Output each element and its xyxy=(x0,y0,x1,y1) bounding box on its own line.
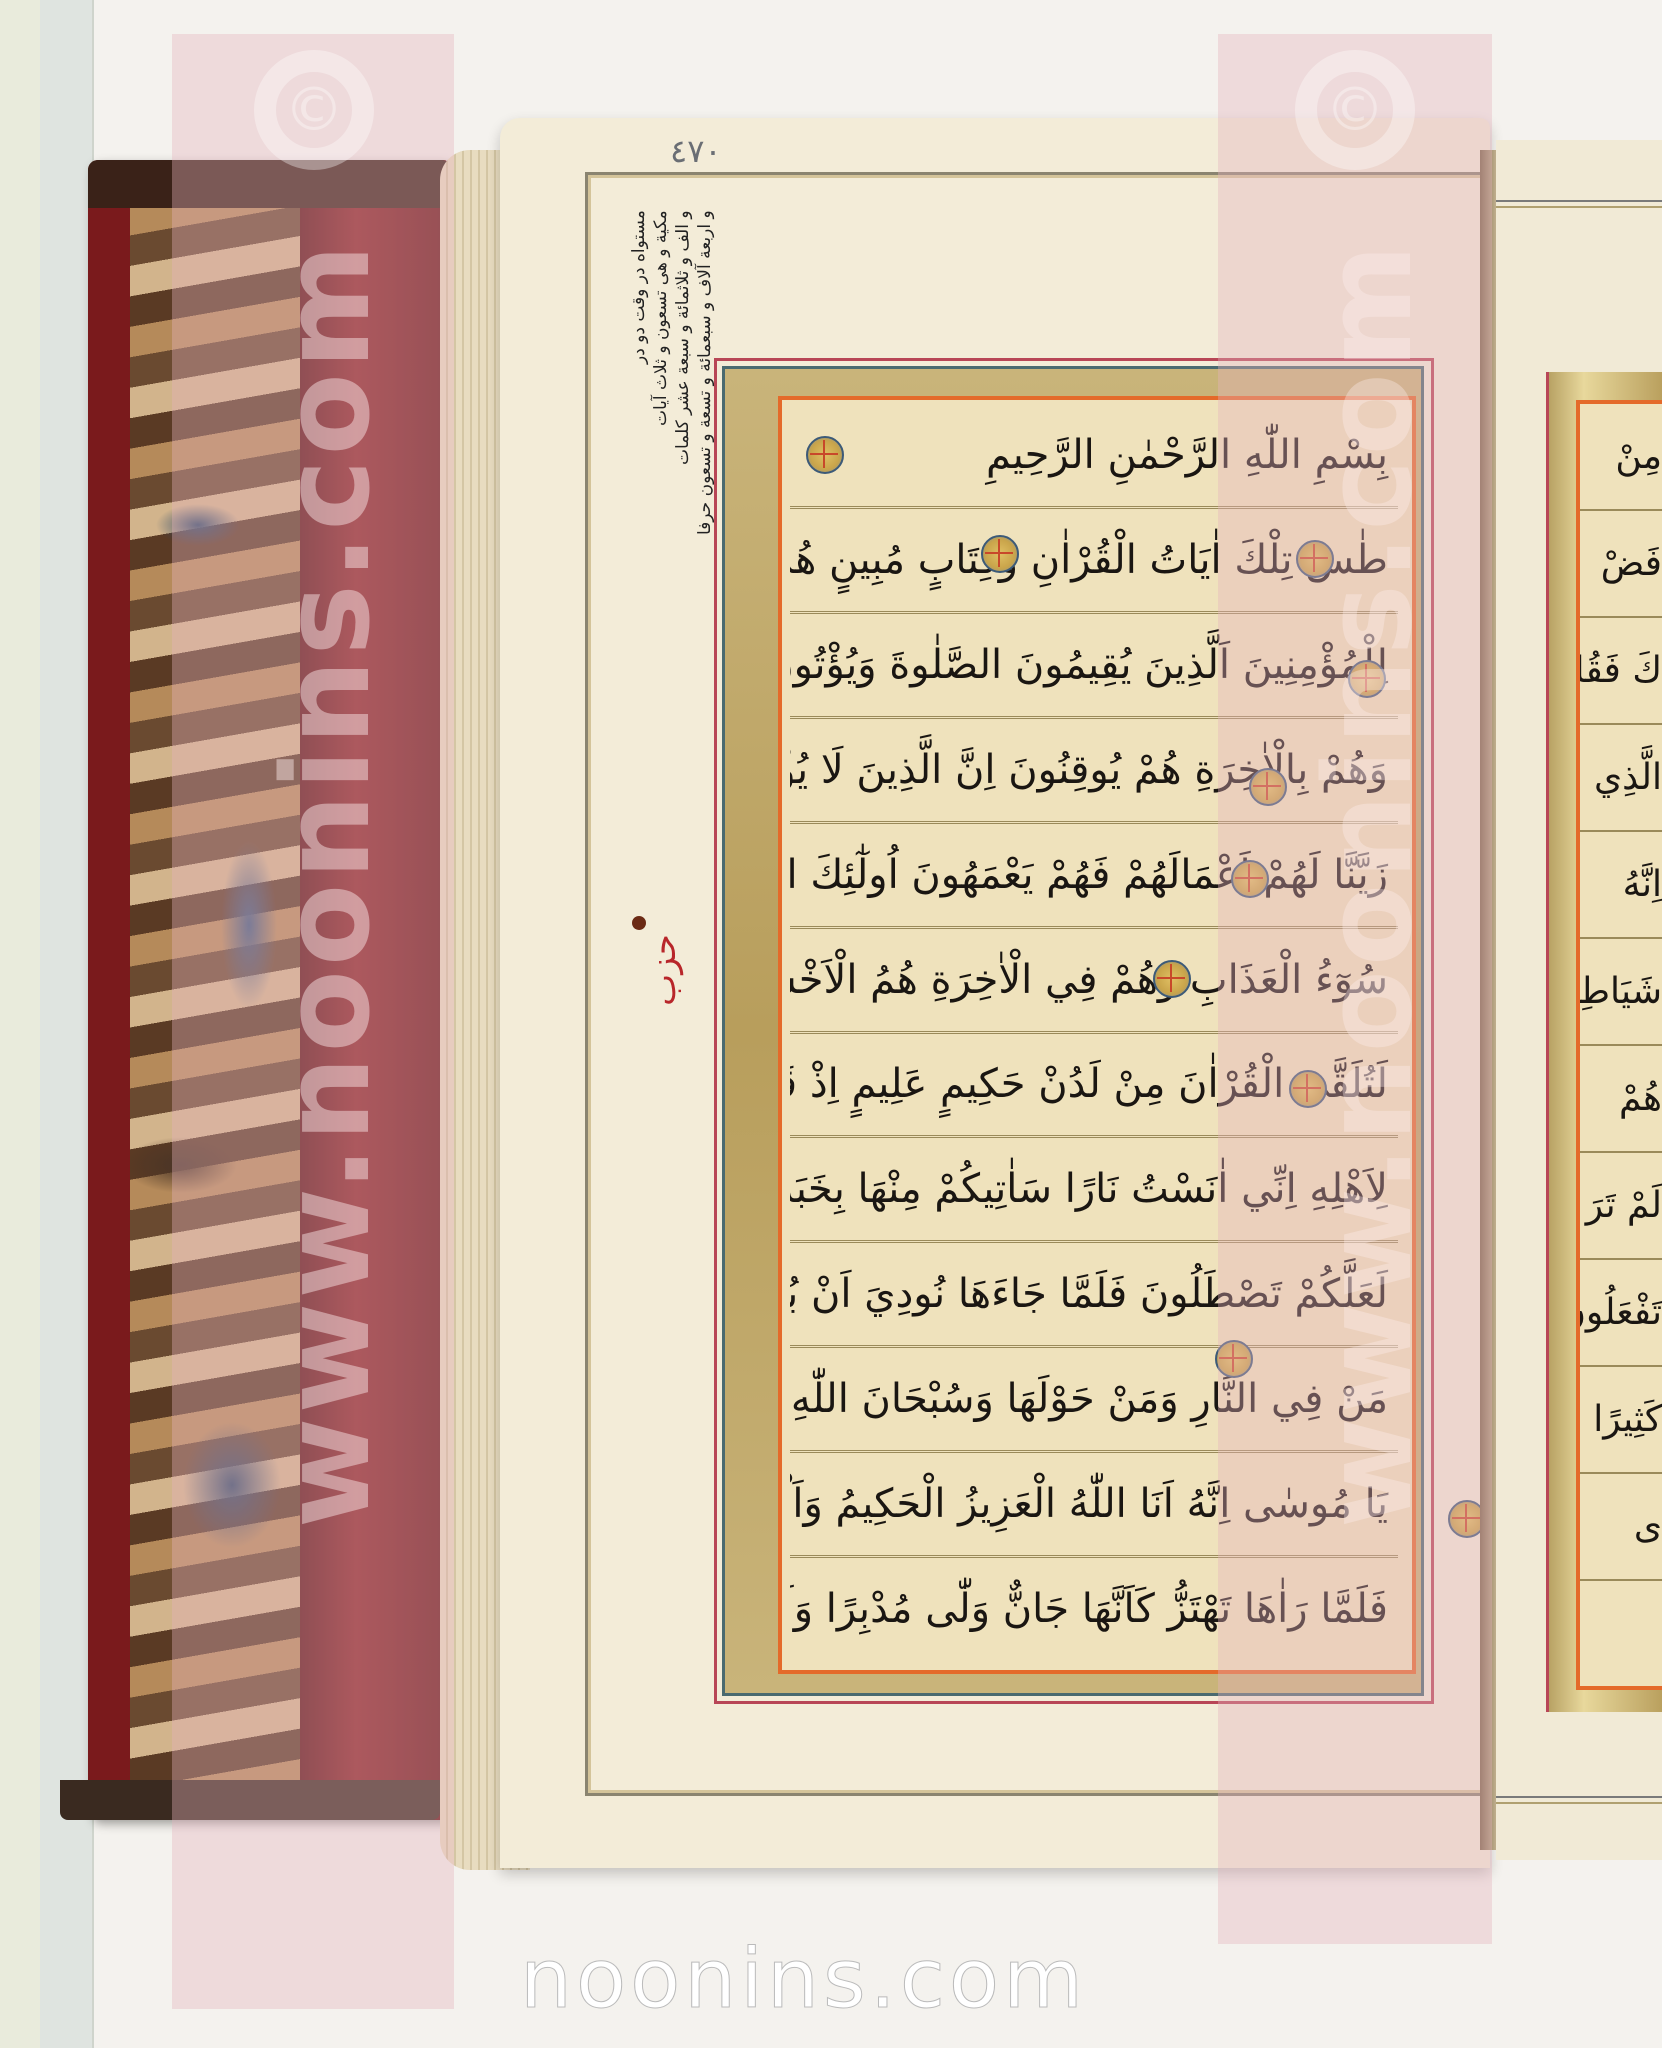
right-page-top-rule xyxy=(1496,200,1662,208)
page-number: ٤٧٠ xyxy=(670,132,722,170)
right-line-fragment: اِنَّهُ xyxy=(1580,832,1662,939)
margin-note-line: مستواه در وقت دو در xyxy=(628,210,650,910)
backdrop-left-board xyxy=(40,0,94,2048)
right-line-fragment: شَيَاطِين xyxy=(1580,939,1662,1046)
right-line-fragment xyxy=(1580,1581,1662,1686)
copyright-icon: © xyxy=(1295,50,1415,170)
right-page-bottom-rule xyxy=(1496,1796,1662,1804)
watermark-vertical-text: www.noonins.com xyxy=(258,240,397,1528)
watermark-vertical-text: www.noonins.com xyxy=(1300,240,1439,1528)
margin-note-line: و الف و ثلاثمائة و سبعة عشر کلمات xyxy=(672,210,694,910)
right-line-fragment: كَ فَقُلْ xyxy=(1580,618,1662,725)
verse-rosette-icon xyxy=(981,535,1019,573)
margin-note-line: و اربعة آلاف و سبعمائة و تسعة و تسعون حر… xyxy=(694,210,716,910)
right-line-fragment: فَضْ xyxy=(1580,511,1662,618)
ink-dot-marker xyxy=(632,916,646,930)
backdrop-left-strip xyxy=(0,0,40,2048)
right-line-fragment: تَفْعَلُونَ xyxy=(1580,1260,1662,1367)
right-line-fragment: هُمْ xyxy=(1580,1046,1662,1153)
copyright-icon: © xyxy=(254,50,374,170)
cover-leather-edge xyxy=(88,208,132,1808)
right-line-fragment: ى xyxy=(1580,1474,1662,1581)
right-line-fragment: لَمْ تَرَ xyxy=(1580,1153,1662,1260)
right-line-fragment: مِنْ xyxy=(1580,404,1662,511)
verse-rosette-icon xyxy=(806,436,844,474)
right-line-fragment: كَثِيرًا xyxy=(1580,1367,1662,1474)
hizb-marginal-label: حزب xyxy=(644,934,684,1006)
watermark-bottom-text: noonins.com xyxy=(520,1932,1087,2027)
right-line-fragment: الَّذِي xyxy=(1580,725,1662,832)
right-panel-text-field: مِنْ فَضْ كَ فَقُلْ الَّذِي اِنَّهُ شَيَ… xyxy=(1576,400,1662,1690)
margin-note-line: مکیة و هی تسعون و ثلاث آیات xyxy=(650,210,672,910)
